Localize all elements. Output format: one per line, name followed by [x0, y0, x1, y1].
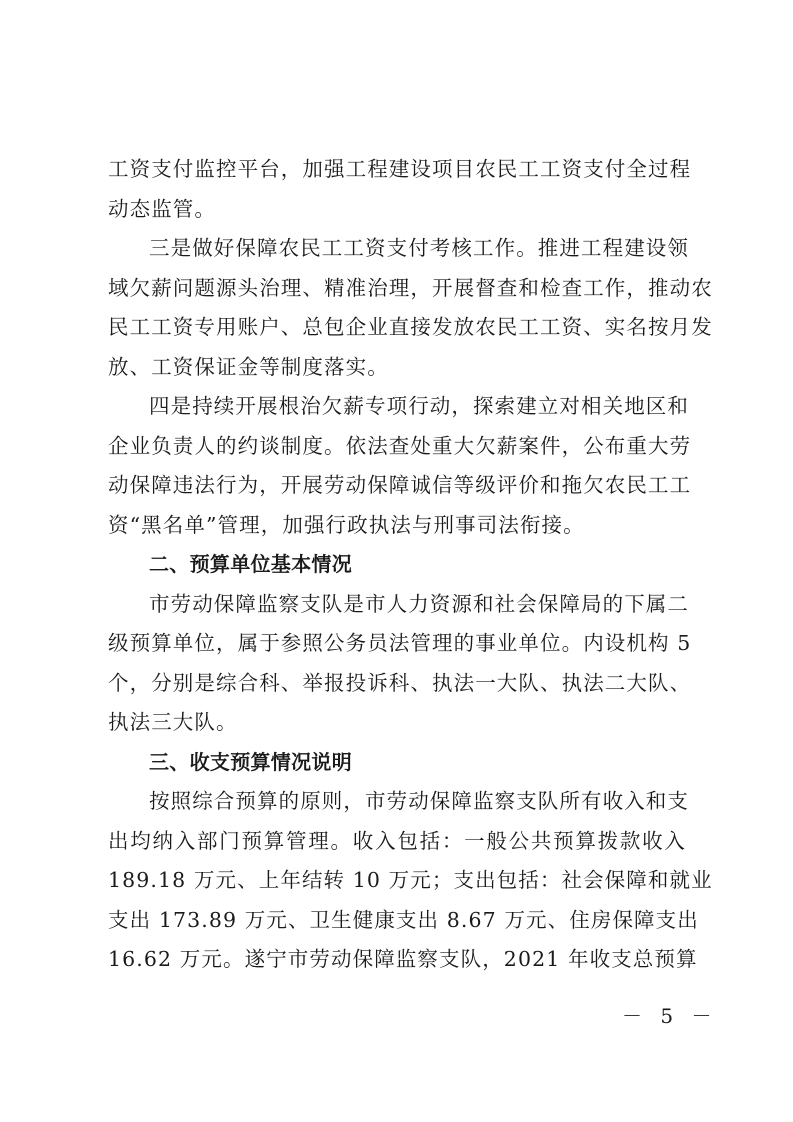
text-line: 四是持续开展根治欠薪专项行动，探索建立对相关地区和 [108, 387, 686, 427]
text-line: 放、工资保证金等制度落实。 [108, 348, 686, 388]
section-heading: 二、预算单位基本情况 [108, 545, 686, 585]
paragraph: 四是持续开展根治欠薪专项行动，探索建立对相关地区和 企业负责人的约谈制度。依法查… [108, 387, 686, 545]
text-line: 按照综合预算的原则，市劳动保障监察支队所有收入和支 [108, 782, 686, 822]
section-heading: 三、收支预算情况说明 [108, 743, 686, 783]
text-line: 189.18 万元、上年结转 10 万元；支出包括：社会保障和就业 [108, 861, 686, 901]
text-line: 工资支付监控平台，加强工程建设项目农民工工资支付全过程 [108, 150, 686, 190]
text-line: 企业负责人的约谈制度。依法查处重大欠薪案件，公布重大劳 [108, 427, 686, 467]
text-line: 域欠薪问题源头治理、精准治理，开展督查和检查工作，推动农 [108, 269, 686, 309]
text-line: 16.62 万元。遂宁市劳动保障监察支队，2021 年收支总预算 [108, 940, 686, 980]
text-line: 动态监管。 [108, 190, 686, 230]
text-line: 动保障违法行为，开展劳动保障诚信等级评价和拖欠农民工工 [108, 466, 686, 506]
text-line: 三是做好保障农民工工资支付考核工作。推进工程建设领 [108, 229, 686, 269]
paragraph: 三是做好保障农民工工资支付考核工作。推进工程建设领 域欠薪问题源头治理、精准治理… [108, 229, 686, 387]
document-body: 工资支付监控平台，加强工程建设项目农民工工资支付全过程 动态监管。 三是做好保障… [108, 150, 686, 980]
page-number: － 5 － [622, 1000, 717, 1029]
text-line: 执法三大队。 [108, 703, 686, 743]
text-line: 出均纳入部门预算管理。收入包括：一般公共预算拨款收入 [108, 822, 686, 862]
paragraph: 市劳动保障监察支队是市人力资源和社会保障局的下属二 级预算单位，属于参照公务员法… [108, 585, 686, 743]
paragraph: 按照综合预算的原则，市劳动保障监察支队所有收入和支 出均纳入部门预算管理。收入包… [108, 782, 686, 980]
text-line: 个，分别是综合科、举报投诉科、执法一大队、执法二大队、 [108, 664, 686, 704]
text-line: 支出 173.89 万元、卫生健康支出 8.67 万元、住房保障支出 [108, 901, 686, 941]
paragraph: 工资支付监控平台，加强工程建设项目农民工工资支付全过程 动态监管。 [108, 150, 686, 229]
text-line: 级预算单位，属于参照公务员法管理的事业单位。内设机构 5 [108, 624, 686, 664]
text-line: 资“黑名单”管理，加强行政执法与刑事司法衔接。 [108, 506, 686, 546]
text-line: 市劳动保障监察支队是市人力资源和社会保障局的下属二 [108, 585, 686, 625]
text-line: 民工工资专用账户、总包企业直接发放农民工工资、实名按月发 [108, 308, 686, 348]
